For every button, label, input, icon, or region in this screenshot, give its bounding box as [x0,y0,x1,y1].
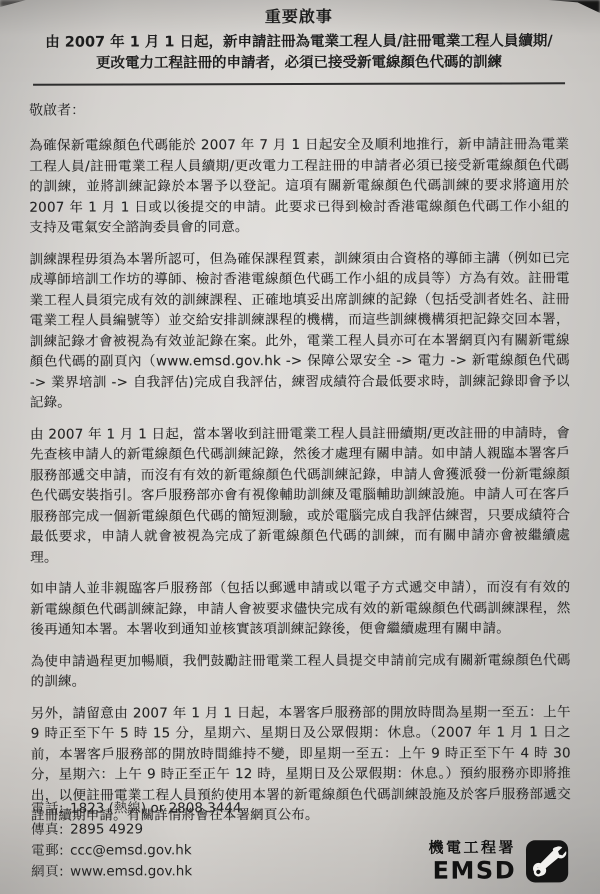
contact-phone-row: 電話:1823 (熱線) or 2808 3444 [31,798,242,820]
notice-heading: 重要啟事 由 2007 年 1 月 1 日起，新申請註冊為電業工程人員/註冊電業… [33,6,565,85]
contact-email-row: 電郵:ccc@emsd.gov.hk [31,840,242,862]
org-name-english: EMSD [429,858,517,882]
email-value: ccc@emsd.gov.hk [70,842,192,858]
salutation: 敬啟者： [29,98,569,119]
web-label: 網頁: [31,864,64,880]
signature-block: 機電工程署 EMSD [429,839,570,883]
contact-block: 電話:1823 (熱線) or 2808 3444 傳真:2895 4929 電… [31,798,242,883]
fax-label: 傳真: [31,822,64,838]
notice-body: 為確保新電線顏色代碼能於 2007 年 7 月 1 日起安全及順利地推行，新申請… [29,134,571,826]
notice-heading-line3: 更改電力工程註冊的申請者，必須已接受新電線顏色代碼的訓練 [33,52,565,74]
fax-value: 2895 4929 [70,821,143,837]
signature-text: 機電工程署 EMSD [429,840,517,882]
email-label: 電郵: [31,843,64,859]
phone-value: 1823 (熱線) or 2808 3444 [70,800,242,816]
notice-sheet: 重要啟事 由 2007 年 1 月 1 日起，新申請註冊為電業工程人員/註冊電業… [0,0,600,894]
contact-fax-row: 傳真:2895 4929 [31,819,242,841]
notice-paragraph-5: 為使申請過程更加暢順，我們鼓勵註冊電業工程人員提交申請前完成有關新電線顏色代碼的… [31,650,571,692]
notice-paragraph-4: 如申請人並非親臨客戶服務部（包括以郵遞申請或以電子方式遞交申請），而沒有有效的新… [30,577,570,640]
notice-paragraph-3: 由 2007 年 1 月 1 日起，當本署收到註冊電業工程人員註冊續期/更改註冊… [30,423,570,568]
web-value: www.emsd.gov.hk [70,863,192,879]
phone-label: 電話: [31,801,64,817]
emsd-wrench-logo-icon [525,839,569,883]
contact-web-row: 網頁:www.emsd.gov.hk [31,861,242,883]
notice-heading-line2: 由 2007 年 1 月 1 日起，新申請註冊為電業工程人員/註冊電業工程人員續… [33,31,565,53]
notice-paragraph-1: 為確保新電線顏色代碼能於 2007 年 7 月 1 日起安全及順利地推行，新申請… [29,134,569,238]
notice-heading-line1: 重要啟事 [33,6,565,27]
document-photo: 重要啟事 由 2007 年 1 月 1 日起，新申請註冊為電業工程人員/註冊電業… [0,0,600,894]
notice-paragraph-2: 訓練課程毋須為本署所認可，但為確保課程質素，訓練須由合資格的導師主講（例如已完成… [29,248,569,413]
org-name-chinese: 機電工程署 [429,840,517,855]
